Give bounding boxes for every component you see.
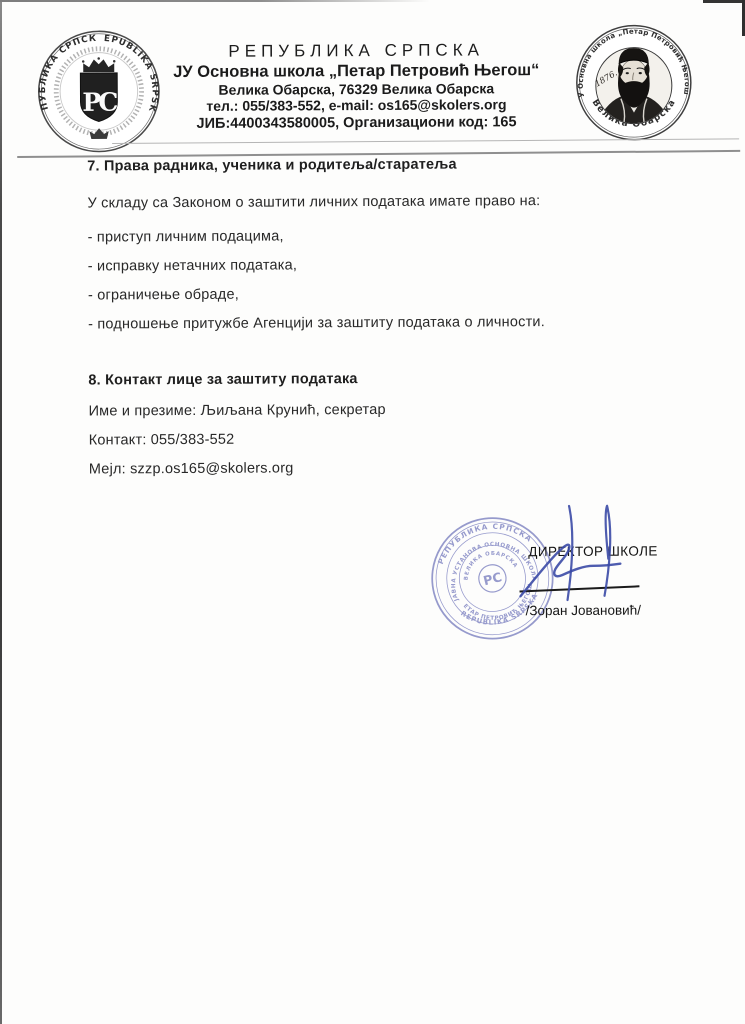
section7-title: 7. Права радника, ученика и родитеља/ста… — [87, 157, 457, 175]
letterhead-school-name: ЈУ Основна школа „Петар Петровић Његош“ — [129, 61, 584, 82]
section7-item: - приступ личним подацима, — [88, 228, 284, 245]
section8-title: 8. Контакт лице за заштиту података — [88, 371, 357, 388]
letterhead-contact: тел.: 055/383-552, e-mail: os165@skolers… — [129, 97, 584, 115]
section8-name-line: Име и презиме: Љиљана Крунић, секретар — [89, 402, 386, 420]
document-content: РЕПУБЛИКА СРПСКА REPUBLIKA SRPSKA РС РЕП… — [0, 0, 745, 1024]
letterhead: РЕПУБЛИКА СРПСКА ЈУ Основна школа „Петар… — [129, 40, 584, 132]
signature-scribble — [501, 492, 662, 611]
letterhead-ids: ЈИБ:4400343580005, Организациони код: 16… — [129, 114, 584, 133]
school-seal-icon: ЈУ Основна школа „Петар Петровић Његош“ … — [574, 22, 695, 143]
section8-contact-line: Контакт: 055/383-552 — [89, 432, 235, 449]
section7-item: - ограничење обраде, — [88, 287, 239, 304]
letterhead-country: РЕПУБЛИКА СРПСКА — [129, 40, 584, 61]
section7-intro: У складу са Законом о заштити личних под… — [87, 193, 540, 211]
scanned-document-page: РЕПУБЛИКА СРПСКА REPUBLIKA SRPSKA РС РЕП… — [0, 0, 745, 1024]
stamp-monogram: РС — [482, 569, 504, 588]
section7-item: - подношење притужбе Агенцији за заштиту… — [88, 314, 545, 332]
section7-item: - исправку нетачних података, — [88, 257, 297, 274]
section8-mail-line: Мејл: szzp.os165@skolers.org — [89, 460, 294, 477]
crest-monogram: РС — [82, 87, 117, 117]
letterhead-address: Велика Обарска, 76329 Велика Обарска — [129, 80, 584, 98]
